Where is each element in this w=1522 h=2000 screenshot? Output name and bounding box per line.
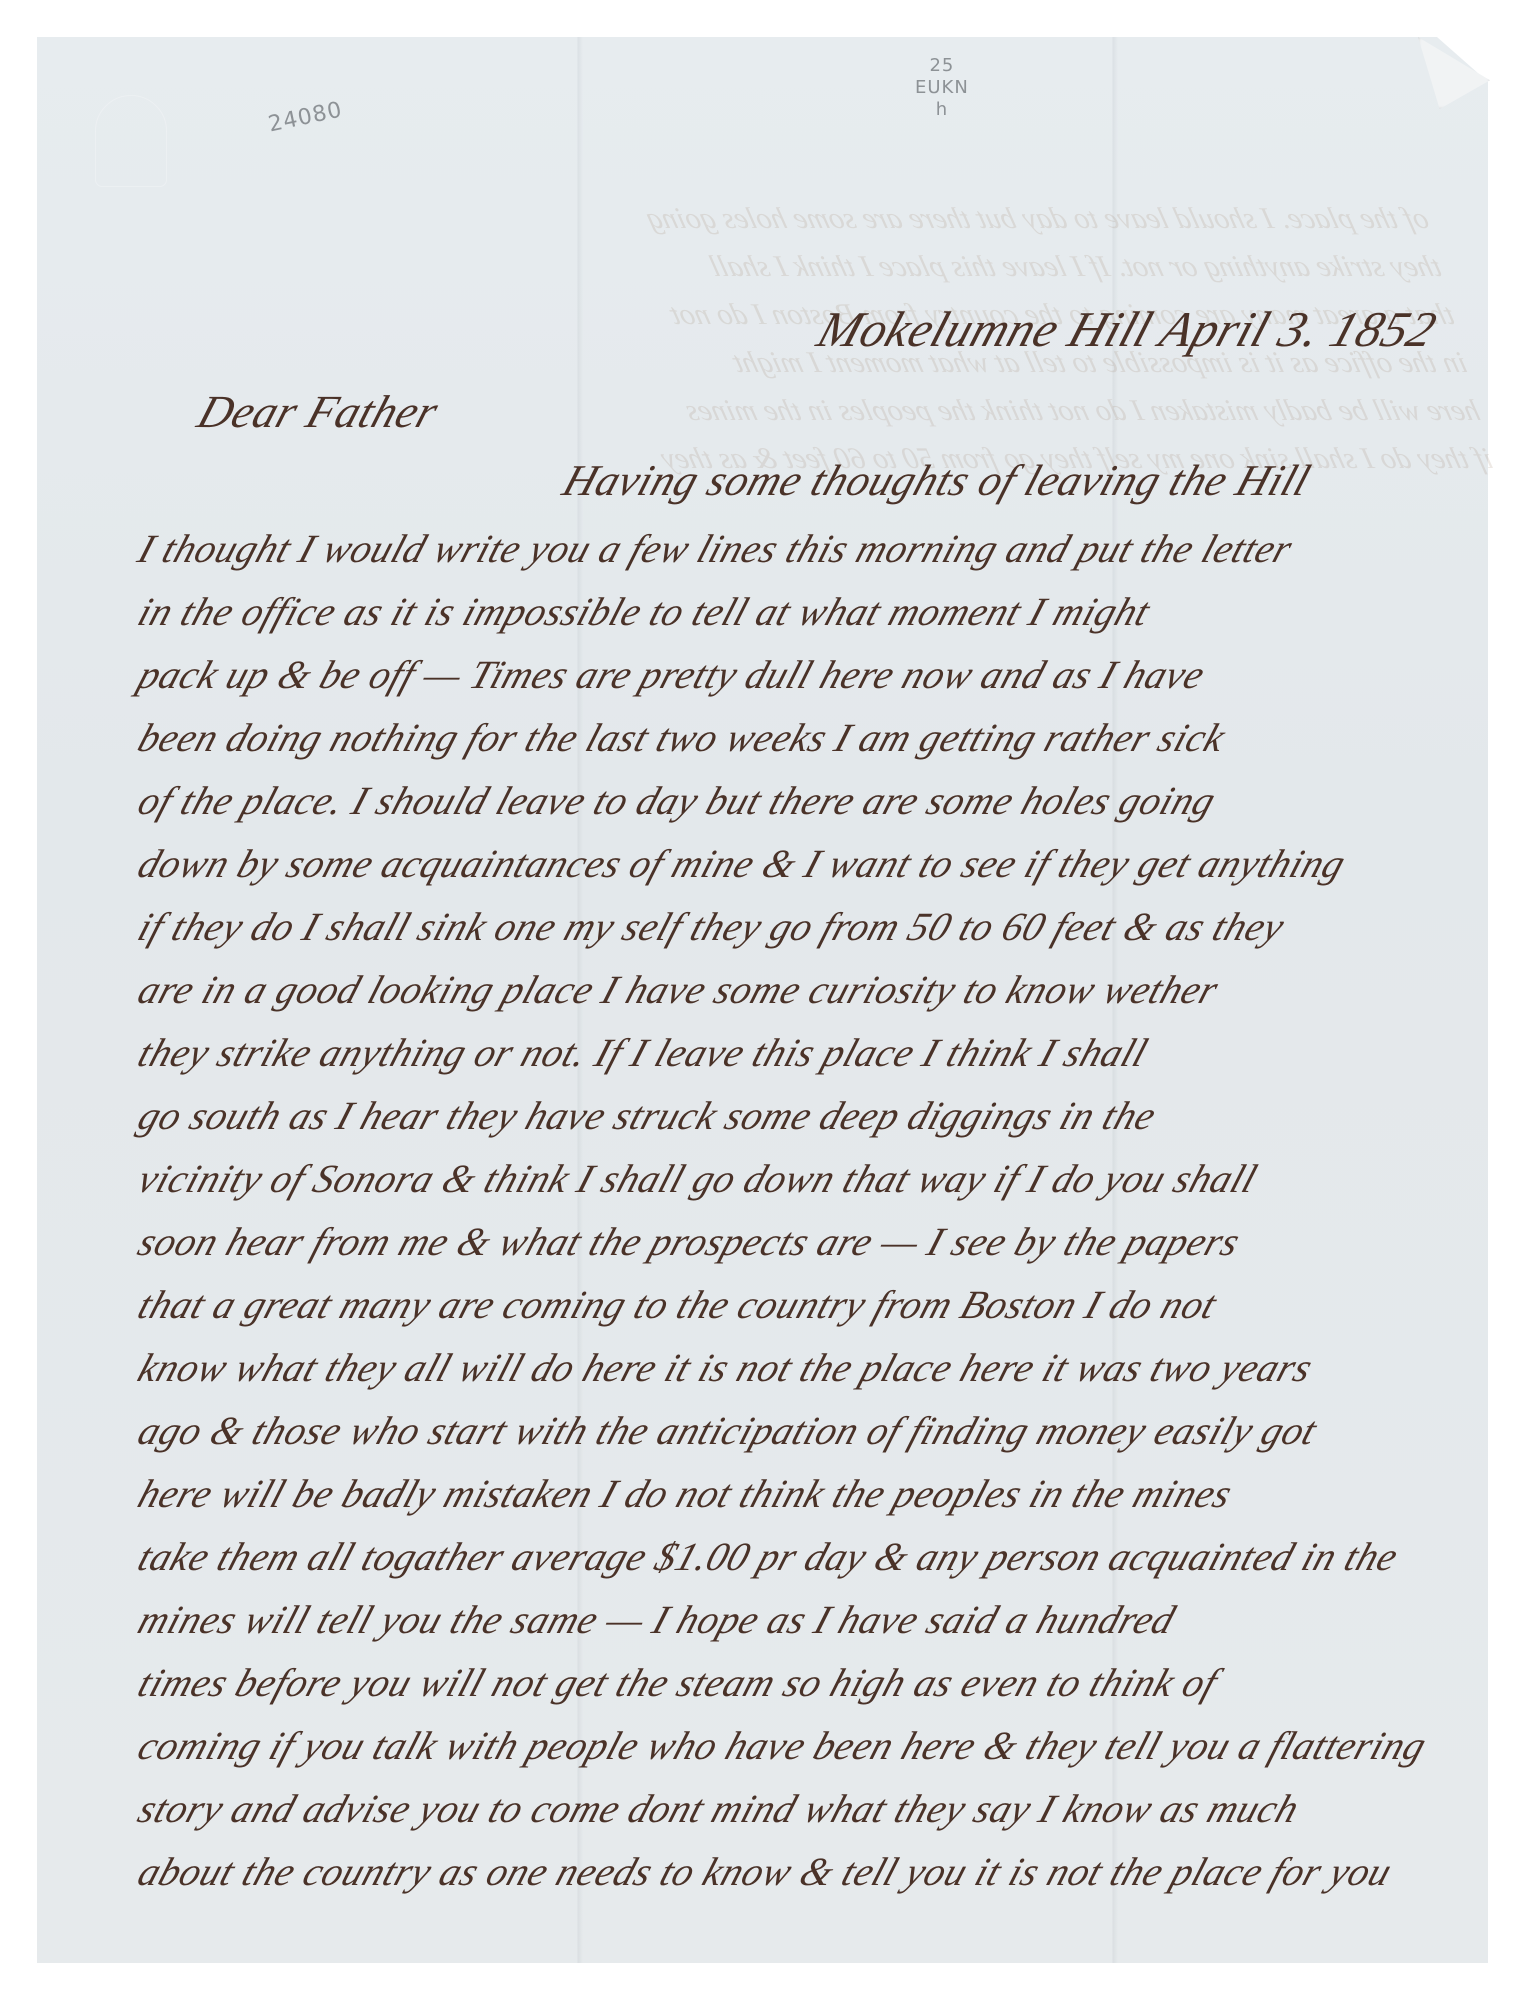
body-line: in the office as it is impossible to tel… — [132, 588, 1156, 635]
body-line: if they do I shall sink one my self they… — [132, 903, 1290, 950]
body-line: vicinity of Sonora & think I shall go do… — [132, 1155, 1263, 1202]
body-line: been doing nothing for the last two week… — [132, 714, 1231, 761]
salutation: Dear Father — [191, 385, 445, 438]
body-line: mines will tell you the same — I hope as… — [132, 1596, 1181, 1643]
body-line: that a great many are coming to the coun… — [132, 1281, 1222, 1328]
body-line: here will be badly mistaken I do not thi… — [132, 1470, 1238, 1517]
body-line: pack up & be off — Times are pretty dull… — [132, 651, 1211, 698]
body-line: Having some thoughts of leaving the Hill — [557, 455, 1317, 506]
body-line: about the country as one needs to know &… — [132, 1848, 1398, 1895]
body-line: coming if you talk with people who have … — [132, 1722, 1432, 1769]
body-line: know what they all will do here it is no… — [132, 1344, 1318, 1391]
body-line: times before you will not get the steam … — [132, 1659, 1224, 1706]
body-line: down by some acquaintances of mine & I w… — [132, 840, 1351, 887]
body-line: take them all togather average $1.00 pr … — [132, 1533, 1404, 1580]
body-line: story and advise you to come dont mind w… — [132, 1785, 1305, 1832]
body-line: they strike anything or not. If I leave … — [132, 1029, 1153, 1076]
body-line: go south as I hear they have struck some… — [132, 1092, 1162, 1139]
body-line: I thought I would write you a few lines … — [132, 525, 1298, 572]
body-line: of the place. I should leave to day but … — [132, 777, 1222, 824]
body-line: are in a good looking place I have some … — [132, 966, 1224, 1013]
body-line: soon hear from me & what the prospects a… — [132, 1218, 1246, 1265]
letter-content: Mokelumne Hill April 3. 1852 Dear Father… — [0, 0, 1522, 2000]
dateline: Mokelumne Hill April 3. 1852 — [811, 300, 1444, 358]
body-line: ago & those who start with the anticipat… — [132, 1407, 1323, 1454]
